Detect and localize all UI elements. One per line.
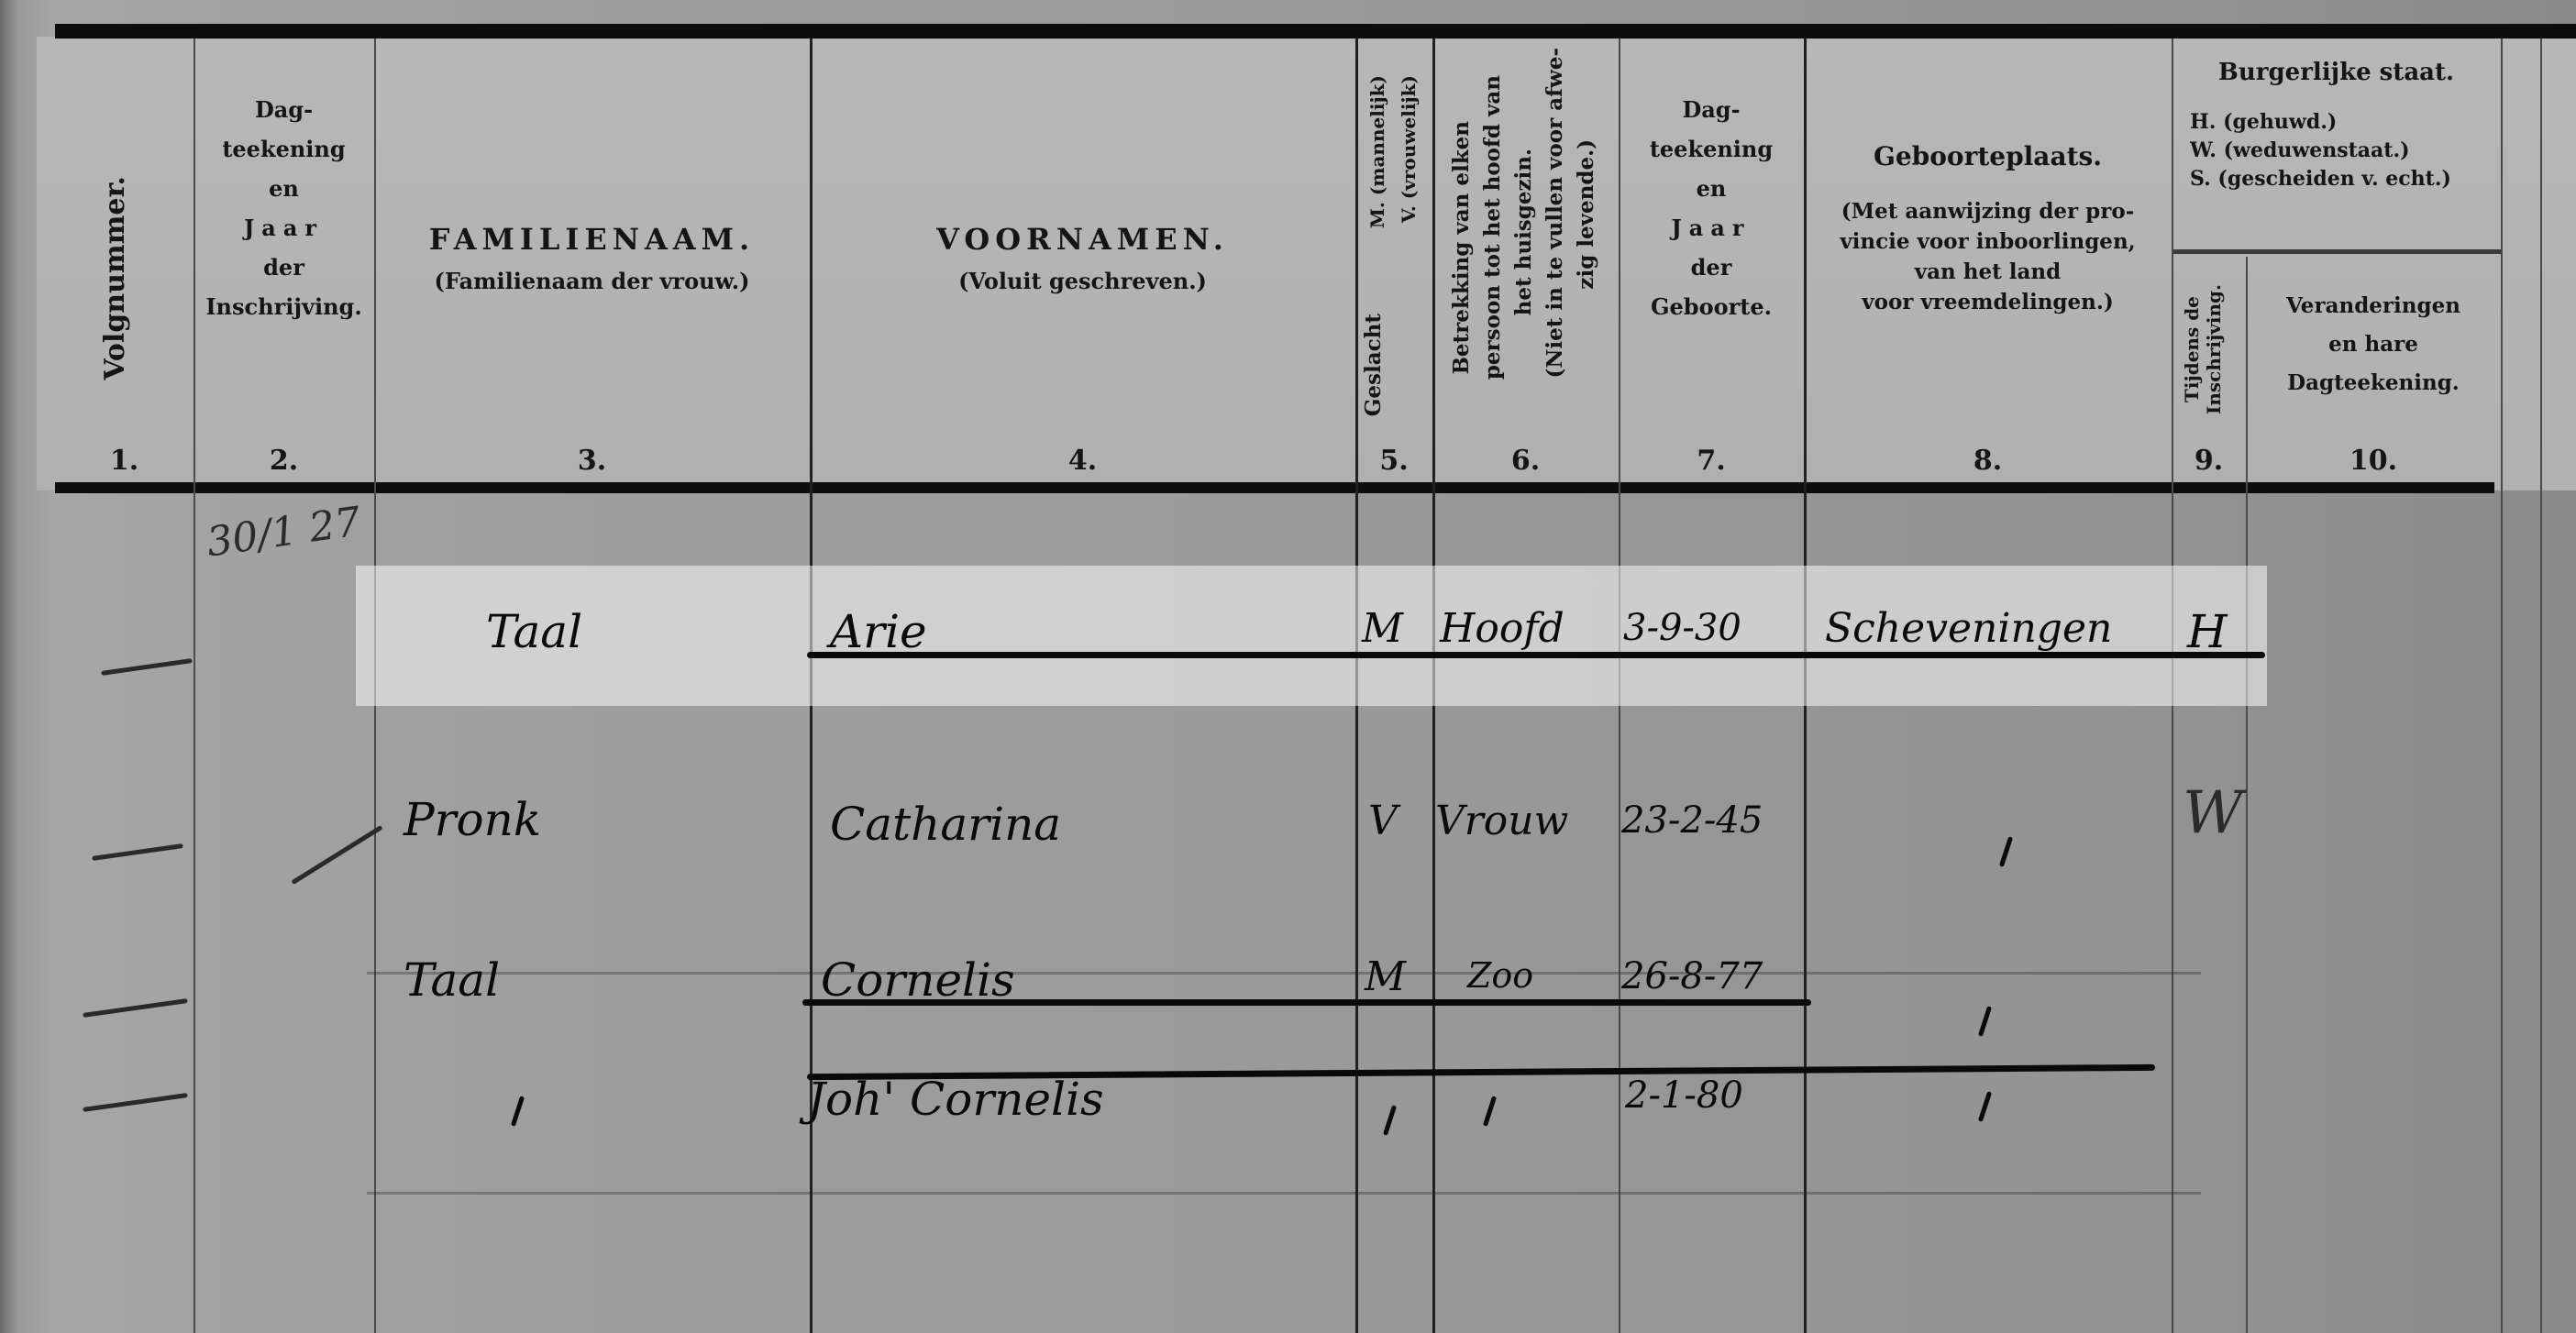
header-burgerlijke-staat: Burgerlijke staat.: [2172, 59, 2501, 86]
row-marker: [291, 825, 382, 885]
ditto-mark: [1978, 1006, 1992, 1037]
birth-date: 26-8-77: [1621, 955, 1763, 997]
row-marker: [83, 998, 188, 1018]
family-name: Taal: [486, 605, 582, 658]
birth-date: 3-9-30: [1623, 607, 1741, 649]
header-col-1: Volgnummer. 1.: [55, 39, 193, 484]
column-number: 8.: [1804, 445, 2172, 477]
header-line: Geboorte.: [1619, 287, 1804, 326]
column-number: 9.: [2172, 445, 2246, 477]
sex: V: [1368, 798, 1398, 844]
header-familienaam-note: (Familienaam der vrouw.): [374, 268, 810, 294]
birth-date: 2-1-80: [1625, 1074, 1743, 1117]
header-col-5: Geslacht M. (mannelijk) V. (vrouwelijk) …: [1355, 39, 1432, 484]
ditto-mark: [511, 1096, 525, 1127]
header-line: Betrekking van elken: [1449, 121, 1475, 375]
top-rule: [55, 24, 2576, 39]
strikethrough: [807, 1064, 2155, 1080]
column-number: 4.: [810, 445, 1355, 477]
header-line: der: [1619, 248, 1804, 287]
header-familienaam: FAMILIENAAM.: [374, 222, 810, 257]
birth-date: 23-2-45: [1621, 799, 1763, 842]
column-number: 3.: [374, 445, 810, 477]
header-line: het huisgezin.: [1511, 149, 1537, 315]
header-col-10: Veranderingen en hare Dagteekening. 10.: [2246, 254, 2501, 484]
family-name: Pronk: [404, 793, 541, 846]
legend-gehuwd: H. (gehuwd.): [2190, 108, 2451, 137]
relation-to-head: Zoo: [1467, 955, 1533, 996]
column-number: 10.: [2246, 445, 2501, 477]
header-line: Inschrijving.: [193, 287, 374, 326]
first-names: Catharina: [830, 798, 1061, 851]
civil-status: H: [2187, 605, 2228, 658]
header-col-3: FAMILIENAAM. (Familienaam der vrouw.) 3.: [374, 39, 810, 484]
header-line: Jaar: [1619, 208, 1804, 248]
registration-date: 30/1 27: [204, 499, 363, 567]
header-volgnummer: Volgnummer.: [103, 176, 128, 380]
header-line: (Met aanwijzing der pro-: [1804, 196, 2172, 226]
header-line: Jaar: [193, 208, 374, 248]
sex: M: [1365, 953, 1406, 1000]
sex: M: [1362, 605, 1403, 652]
header-civil-status: Burgerlijke staat. H. (gehuwd.) W. (wedu…: [2172, 39, 2501, 249]
ditto-mark: [1999, 836, 2013, 867]
column-number: 6.: [1432, 445, 1619, 477]
header-geslacht-m: M. (mannelijk): [1365, 75, 1390, 228]
header-col-9: Tijdens de Inschrijving. 9.: [2172, 254, 2246, 484]
header-line: en: [193, 169, 374, 208]
legend-weduwenstaat: W. (weduwenstaat.): [2190, 137, 2451, 165]
ditto-mark: [1978, 1091, 1992, 1122]
column-number: 1.: [55, 445, 193, 477]
column-number: 7.: [1619, 445, 1804, 477]
header-line: (Niet in te vullen voor afwe-: [1542, 48, 1568, 379]
header-line: en hare: [2246, 325, 2501, 364]
header-col-7: Dag- teekening en Jaar der Geboorte. 7.: [1619, 39, 1804, 484]
header-col-4: VOORNAMEN. (Voluit geschreven.) 4.: [810, 39, 1355, 484]
header-line: teekening: [193, 129, 374, 169]
header-col-2: Dag- teekening en Jaar der Inschrijving.…: [193, 39, 374, 484]
first-names: Joh' Cornelis: [807, 1073, 1104, 1126]
header-line: teekening: [1619, 129, 1804, 169]
header-col-6: Betrekking van elken persoon tot het hoo…: [1432, 39, 1619, 484]
column-divider: [2501, 39, 2503, 1333]
legend-gescheiden: S. (gescheiden v. echt.): [2190, 165, 2451, 193]
header-geboorteplaats: Geboorteplaats.: [1804, 141, 2172, 171]
header-voornamen-note: (Voluit geschreven.): [810, 268, 1355, 294]
row-marker: [92, 843, 183, 861]
header-line: en: [1619, 169, 1804, 208]
ditto-mark: [1483, 1096, 1497, 1127]
relation-to-head: Hoofd: [1440, 605, 1564, 652]
ruling-line: [367, 1192, 2201, 1195]
family-name: Taal: [404, 953, 500, 1007]
header-tijdens-inschrijving: Tijdens de Inschrijving.: [2181, 267, 2225, 432]
row-marker: [101, 658, 193, 676]
row-marker: [83, 1093, 188, 1112]
header-geslacht-v: V. (vrouwelijk): [1396, 75, 1421, 223]
header-geslacht: Geslacht: [1361, 314, 1387, 416]
column-number: 2.: [193, 445, 374, 477]
strikethrough: [802, 999, 1811, 1006]
header-line: voor vreemdelingen.): [1804, 287, 2172, 317]
margin-line: [2540, 39, 2542, 1333]
strikethrough: [807, 652, 2265, 658]
header-line: vincie voor inboorlingen,: [1804, 226, 2172, 257]
ditto-mark: [1383, 1105, 1397, 1136]
header-line: zig levende.): [1574, 139, 1599, 290]
header-line: van het land: [1804, 257, 2172, 287]
relation-to-head: Vrouw: [1435, 798, 1568, 844]
header-line: Dag-: [193, 90, 374, 129]
birthplace: Scheveningen: [1825, 605, 2112, 652]
header-line: der: [193, 248, 374, 287]
column-number: 5.: [1355, 445, 1432, 477]
first-names: Arie: [830, 605, 927, 658]
civil-status: W: [2183, 779, 2243, 847]
header-voornamen: VOORNAMEN.: [810, 222, 1355, 257]
header-line: Dag-: [1619, 90, 1804, 129]
header-line: Veranderingen: [2246, 287, 2501, 325]
header-line: Dagteekening.: [2246, 364, 2501, 402]
ruling-line: [367, 972, 2201, 975]
header-col-8: Geboorteplaats. (Met aanwijzing der pro-…: [1804, 39, 2172, 484]
register-page: Volgnummer. 1. Dag- teekening en Jaar de…: [0, 0, 2576, 1333]
header-line: persoon tot het hoofd van: [1480, 75, 1506, 380]
